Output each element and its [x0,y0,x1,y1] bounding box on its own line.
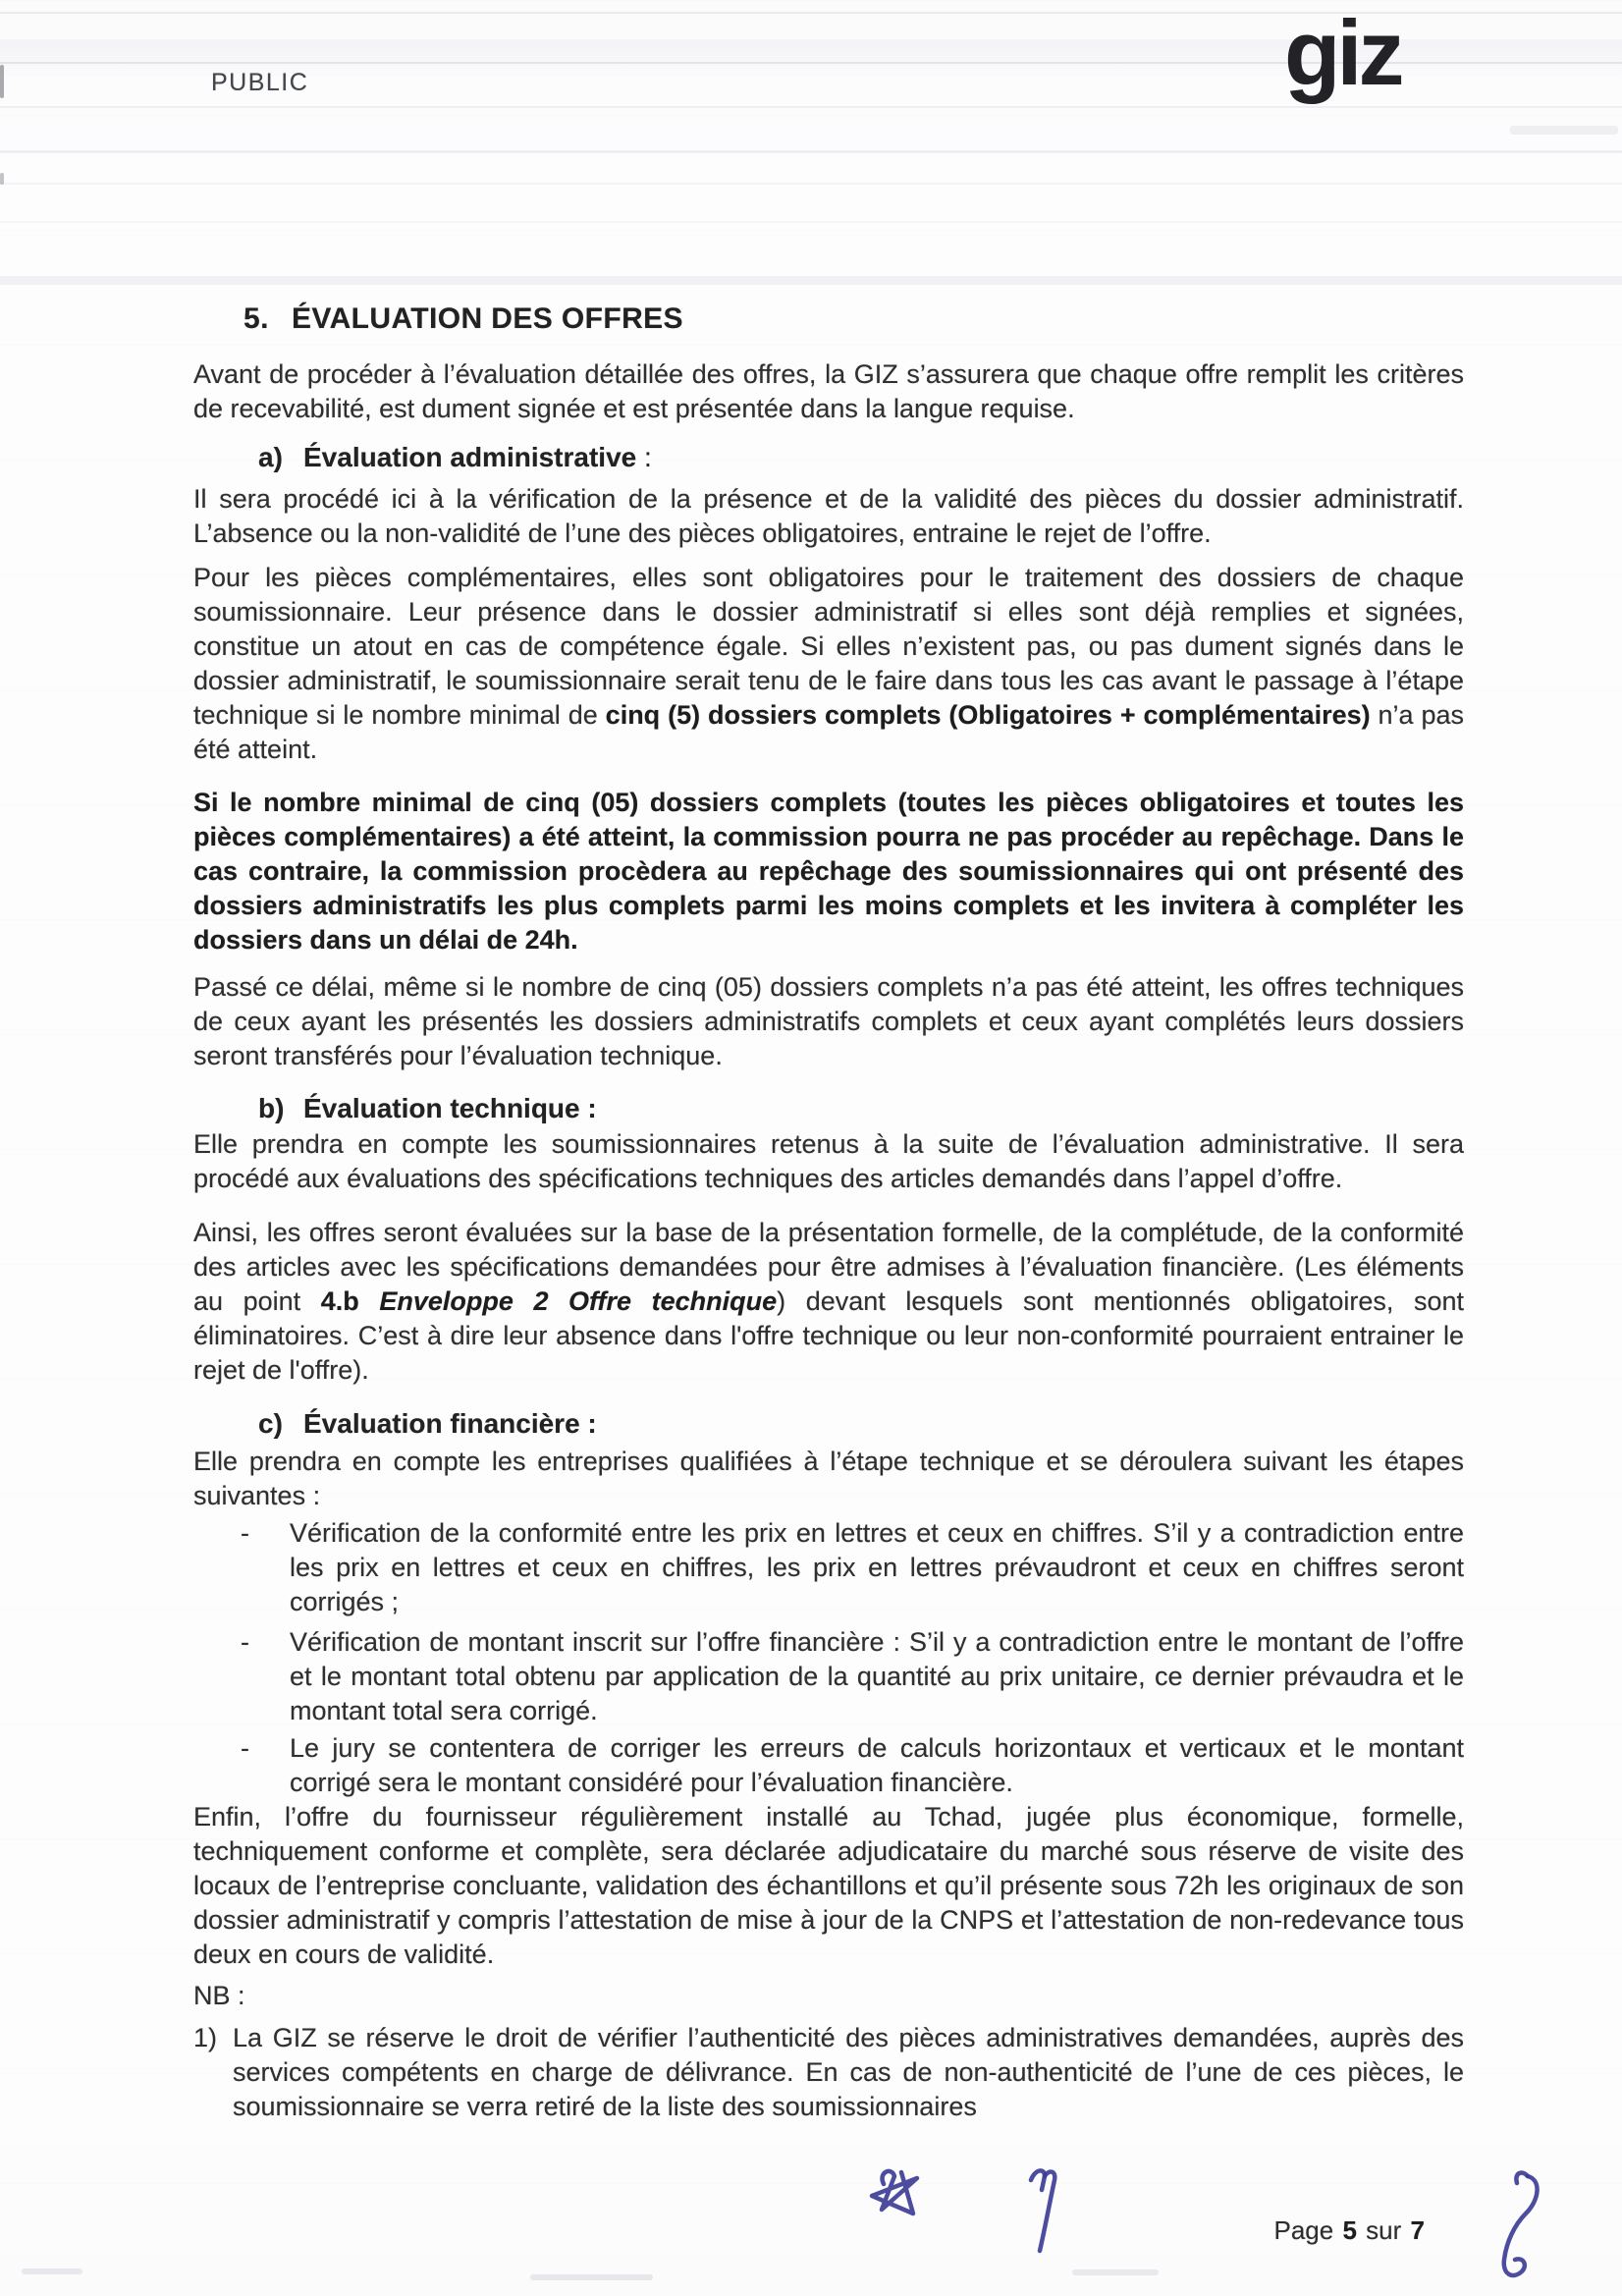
paragraph-passe-delai: Passé ce délai, même si le nombre de cin… [193,970,1464,1073]
scan-smudge-artifact [22,2269,82,2274]
section-number: 5. [243,301,292,337]
paragraph-technique-2: Ainsi, les offres seront évaluées sur la… [193,1216,1464,1388]
nb-item-text: La GIZ se réserve le droit de vérifier l… [233,2023,1464,2121]
nb-item-1: 1)La GIZ se réserve le droit de vérifier… [193,2021,1464,2124]
list-item: -Vérification de montant inscrit sur l’o… [193,1625,1464,1728]
scan-line-artifact [0,183,1622,185]
scan-smudge-artifact [1510,126,1618,135]
paragraph-pieces-complementaires: Pour les pièces complémentaires, elles s… [193,561,1464,767]
section-title: ÉVALUATION DES OFFRES [292,302,683,335]
classification-label: PUBLIC [211,69,308,97]
paragraph-segment-bold-italic: Enveloppe 2 Offre technique [379,1286,777,1316]
dash-list: -Vérification de la conformité entre les… [193,1516,1464,1800]
scan-line-artifact [0,221,1622,223]
list-item-text: Vérification de la conformité entre les … [290,1518,1464,1616]
paragraph-segment-bold: 4.b [321,1286,380,1316]
paragraph-enfin: Enfin, l’offre du fournisseur régulièrem… [193,1800,1464,1972]
subheading-a-colon: : [636,442,652,472]
scan-line-artifact [0,276,1622,285]
paragraph-repechage: Si le nombre minimal de cinq (05) dossie… [193,786,1464,957]
subheading-a: a)Évaluation administrative : [258,440,1464,474]
list-item-text: Le jury se contentera de corriger les er… [290,1733,1464,1797]
list-item-text: Vérification de montant inscrit sur l’of… [290,1627,1464,1725]
scan-smudge-artifact [0,65,4,98]
subheading-b-letter: b) [258,1091,303,1125]
ink-signature-star [862,2166,955,2229]
subheading-a-letter: a) [258,440,303,474]
scan-line-artifact [0,106,1622,108]
page-footer: Page 5 sur 7 [1274,2215,1428,2246]
nb-item-number: 1) [193,2021,233,2055]
scan-smudge-artifact [1072,2269,1159,2275]
document-page: PUBLIC giz 5.ÉVALUATION DES OFFRES Avant… [0,0,1622,2296]
subheading-c-title: Évaluation financière : [303,1408,597,1439]
paragraph-segment-bold: cinq (5) dossiers complets (Obligatoires… [606,700,1371,730]
scan-line-artifact [0,150,1622,153]
dash-marker: - [241,1625,249,1660]
dash-marker: - [241,1516,249,1551]
list-item: -Le jury se contentera de corriger les e… [193,1731,1464,1800]
list-item: -Vérification de la conformité entre les… [193,1516,1464,1619]
paragraph-admin-verification: Il sera procédé ici à la vérification de… [193,482,1464,551]
subheading-c-letter: c) [258,1406,303,1441]
subheading-c: c)Évaluation financière : [258,1406,1464,1441]
scan-smudge-artifact [530,2274,653,2280]
paragraph-financiere-intro: Elle prendra en compte les entreprises q… [193,1445,1464,1513]
intro-paragraph: Avant de procéder à l’évaluation détaill… [193,357,1464,426]
footer-total-pages: 7 [1409,2215,1427,2245]
subheading-b: b)Évaluation technique : [258,1091,1464,1125]
scan-smudge-artifact [0,173,4,185]
document-body: 5.ÉVALUATION DES OFFRES Avant de procéde… [193,301,1464,2124]
ink-signature-flourish [1485,2168,1558,2293]
subheading-a-title: Évaluation administrative [303,442,636,472]
nb-label: NB : [193,1979,1464,2013]
paragraph-technique-1: Elle prendra en compte les soumissionnai… [193,1127,1464,1196]
footer-page-word: Page [1274,2215,1334,2245]
section-heading: 5.ÉVALUATION DES OFFRES [243,301,1464,337]
footer-page-number: 5 [1340,2215,1358,2245]
ink-signature-stroke [1023,2164,1072,2259]
dash-marker: - [241,1731,249,1766]
giz-logo: giz [1284,2,1401,103]
subheading-b-title: Évaluation technique : [303,1093,597,1123]
footer-of-word: sur [1366,2215,1401,2245]
